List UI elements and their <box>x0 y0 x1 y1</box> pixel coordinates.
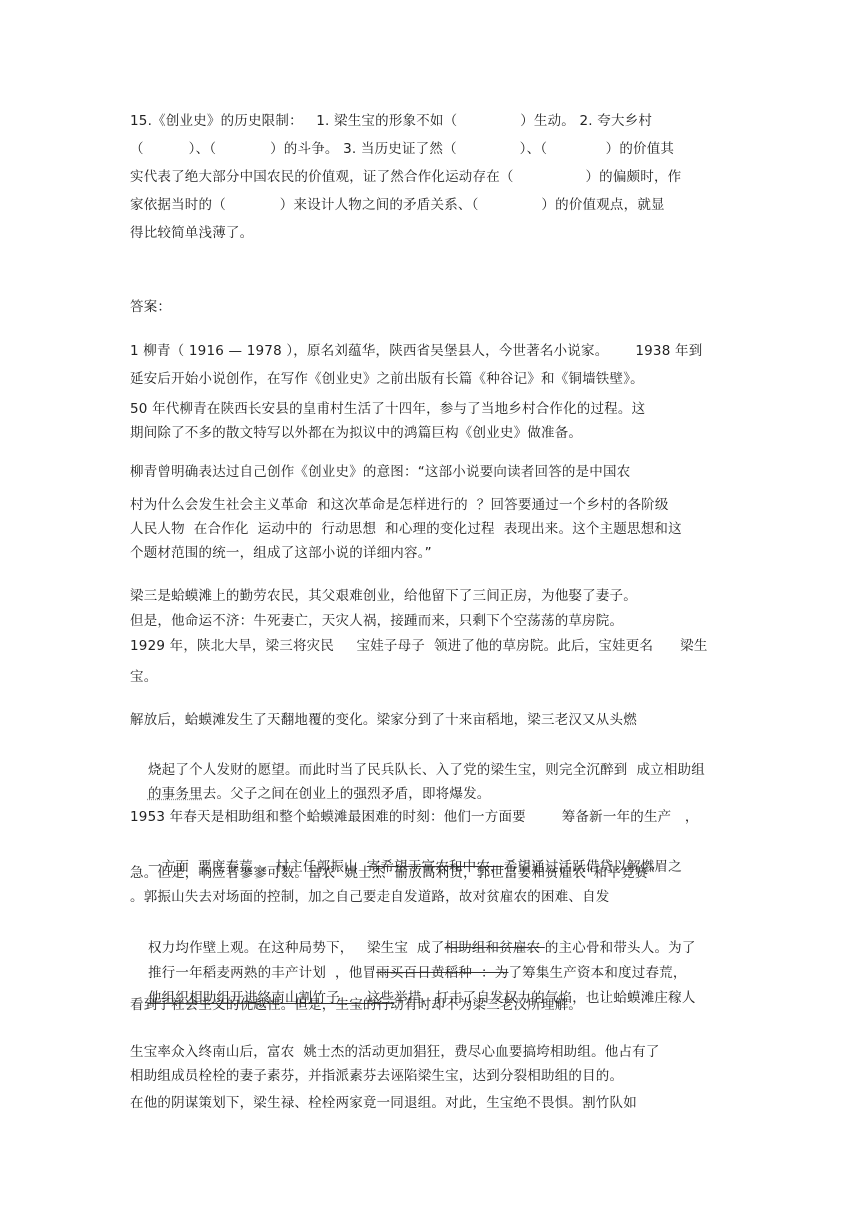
answer-line: 期间除了不多的散文特写以外都在为拟议中的鸿篇巨构《创业史》做准备。 <box>130 424 582 442</box>
answer-line: 急。但是，响应者寥寥可数。富农 姚士杰 偷放高利货，郭世富要和贫雇农“和平竞赛” <box>130 864 656 882</box>
answer-line: 解放后，蛤蟆滩发生了天翻地覆的变化。梁家分到了十来亩稻地，梁三老汉又从头燃 <box>130 711 637 729</box>
answer-line: 50 年代柳青在陕西长安县的皇甫村生活了十四年，参与了当地乡村合作化的过程。这 <box>130 400 645 418</box>
answer-line: 生宝率众入终南山后，富农 姚士杰的活动更加猖狂，费尽心血要搞垮相助组。他占有了 <box>130 1043 660 1061</box>
question-line: （ ）、（ ）的斗争。 3. 当历史证了然（ ）、（ ）的价值其 <box>130 140 674 158</box>
answer-line: 人民人物 在合作化 运动中的 行动思想 和心理的变化过程 表现出来。这个主题思想… <box>130 520 682 538</box>
answer-line: 1 柳青（ 1916 — 1978 ），原名刘蕴华，陕西省吴堡县人，今世著名小说… <box>130 342 702 360</box>
answer-line: 个题材范围的统一，组成了这部小说的详细内容。” <box>130 544 432 562</box>
answer-line: 柳青曾明确表达过自己创作《创业史》的意图：“这部小说要向读者回答的是中国农 <box>130 463 630 481</box>
answer-line: 村为什么会发生社会主义革命 和这次革命是怎样进行的 ？回答要通过一个乡村的各阶级 <box>130 496 669 514</box>
text-run: 去。父子之间在创业上的强烈矛盾，即将爆发。 <box>203 786 491 802</box>
answer-line: 宝。 <box>130 668 157 686</box>
answer-line: 在他的阴谋策划下，梁生禄、栓栓两家竟一同退组。对此，生宝绝不畏惧。割竹队如 <box>130 1094 637 1112</box>
answer-label: 答案： <box>130 298 171 316</box>
answer-line: 1929 年，陕北大旱，梁三将灾民 宝娃子母子 领进了他的草房院。此后，宝娃更名… <box>130 637 708 655</box>
question-line: 15.《创业史》的历史限制： 1. 梁生宝的形象不如（ ）生动。 2. 夸大乡村 <box>130 112 652 130</box>
answer-line: 相助组成员栓栓的妻子素芬，并指派素芬去诬陷梁生宝，达到分裂相助组的目的。 <box>130 1067 623 1085</box>
answer-line: 延安后开始小说创作，在写作《创业史》之前出版有长篇《种谷记》和《铜墙铁壁》。 <box>130 370 644 388</box>
question-line: 实代表了绝大部分中国农民的价值观，证了然合作化运动存在（ ）的偏颇时，作 <box>130 168 681 186</box>
underlined-text: 的事务里 <box>148 786 203 802</box>
answer-line: 看到了社会主义的优越性。但是，生宝的行动有时却不为梁三老汉所理解。 <box>130 996 582 1014</box>
answer-line: 1953 年春天是相助组和整个蛤蟆滩最困难的时刻：他们一方面要 筹备新一年的生产… <box>130 808 699 826</box>
answer-line: 。郭振山失去对场面的控制，加之自己要走自发道路，故对贫雇农的困难、自发 <box>130 888 610 906</box>
question-line: 家依据当时的（ ）来设计人物之间的矛盾关系、（ ）的价值观点，就显 <box>130 196 665 214</box>
document-page: 15.《创业史》的历史限制： 1. 梁生宝的形象不如（ ）生动。 2. 夸大乡村… <box>0 0 860 1218</box>
answer-line: 但是，他命运不济：牛死妻亡，天灾人祸，接踵而来，只剩下个空荡荡的草房院。 <box>130 612 623 630</box>
question-line: 得比较简单浅薄了。 <box>130 224 253 242</box>
answer-line: 梁三是蛤蟆滩上的勤劳农民，其父艰难创业，给他留下了三间正房，为他娶了妻子。 <box>130 587 637 605</box>
